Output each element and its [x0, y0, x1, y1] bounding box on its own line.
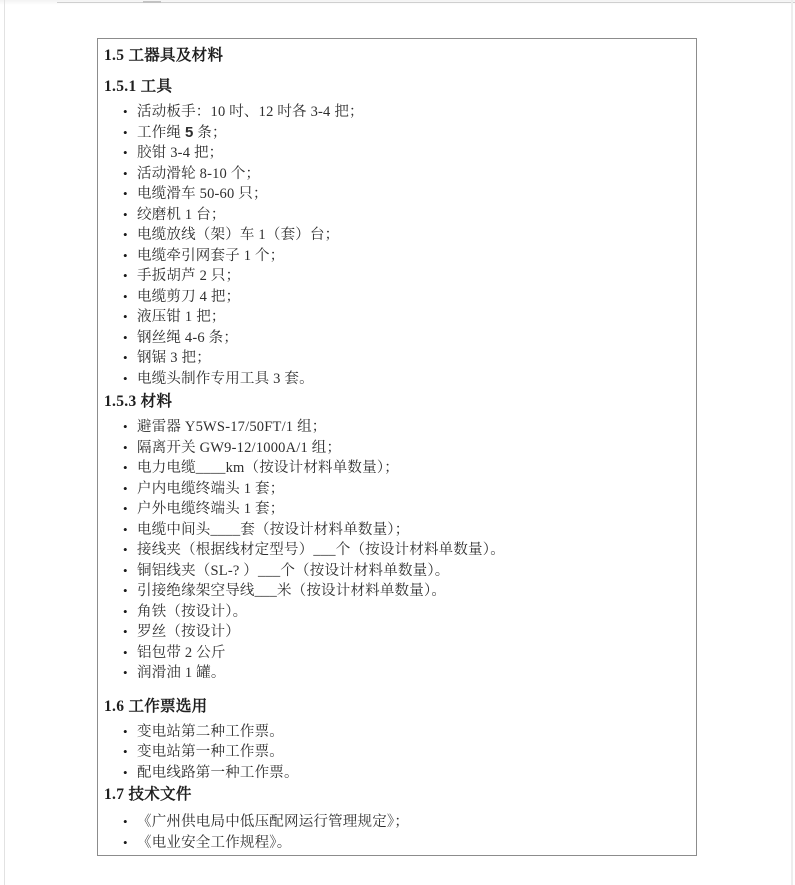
bullet-icon: • — [123, 164, 137, 185]
bullet-list-tools: •活动板手：10 吋、12 吋各 3-4 把；•工作绳 5 条；•胶钳 3-4 … — [104, 102, 686, 389]
bullet-icon: • — [123, 225, 137, 246]
list-item-text: 变电站第一种工作票。 — [137, 742, 686, 763]
list-item: •隔离开关 GW9-12/1000A/1 组； — [104, 438, 686, 459]
bullet-icon: • — [123, 742, 137, 763]
list-item: •胶钳 3-4 把； — [104, 143, 686, 164]
list-item-text: 电缆滑车 50-60 只； — [137, 184, 686, 205]
list-item-text: 绞磨机 1 台； — [137, 205, 686, 226]
list-item-text: 铜铝线夹（SL-? ）___个（按设计材料单数量）。 — [137, 561, 686, 582]
bullet-icon: • — [123, 438, 137, 459]
list-item-text-part: 工作绳 — [137, 125, 185, 141]
bullet-icon: • — [123, 763, 137, 784]
bullet-icon: • — [123, 123, 137, 144]
bullet-icon: • — [123, 499, 137, 520]
list-item: •电缆滑车 50-60 只； — [104, 184, 686, 205]
bullet-list-work-tickets: •变电站第二种工作票。•变电站第一种工作票。•配电线路第一种工作票。 — [104, 722, 686, 784]
bullet-icon: • — [123, 266, 137, 287]
section-heading-1-6: 1.6 工作票选用 — [104, 696, 686, 718]
list-item: •电缆剪刀 4 把； — [104, 287, 686, 308]
list-item-text: 电力电缆____km（按设计材料单数量）； — [137, 458, 686, 479]
list-item-text: 避雷器 Y5WS-17/50FT/1 组； — [137, 417, 686, 438]
list-item-text: 钢锯 3 把； — [137, 348, 686, 369]
list-item: •工作绳 5 条； — [104, 123, 686, 144]
list-item-text: 铝包带 2 公斤 — [137, 643, 686, 664]
list-item-text: 手扳胡芦 2 只； — [137, 266, 686, 287]
section-heading-1-5-1: 1.5.1 工具 — [104, 76, 686, 98]
bullet-icon: • — [123, 246, 137, 267]
list-item: •电缆中间头____套（按设计材料单数量）； — [104, 520, 686, 541]
list-item: •活动滑轮 8-10 个； — [104, 164, 686, 185]
list-item-text: 电缆头制作专用工具 3 套。 — [137, 369, 686, 390]
list-item-text: 角铁（按设计）。 — [137, 602, 686, 623]
bullet-icon: • — [123, 722, 137, 743]
list-item: •液压钳 1 把； — [104, 307, 686, 328]
list-item: •钢锯 3 把； — [104, 348, 686, 369]
list-item-text-part: 条； — [193, 125, 226, 141]
bullet-icon: • — [123, 479, 137, 500]
bullet-icon: • — [123, 184, 137, 205]
list-item: •电缆牵引网套子 1 个； — [104, 246, 686, 267]
list-item: •电缆放线（架）车 1（套）台； — [104, 225, 686, 246]
list-item-text: 工作绳 5 条； — [137, 123, 686, 144]
bullet-icon: • — [123, 663, 137, 684]
bullet-icon: • — [123, 102, 137, 123]
list-item: •接线夹（根据线材定型号）___个（按设计材料单数量）。 — [104, 540, 686, 561]
list-item: •电缆头制作专用工具 3 套。 — [104, 369, 686, 390]
bullet-icon: • — [123, 369, 137, 390]
list-item-text: 户外电缆终端头 1 套； — [137, 499, 686, 520]
bullet-icon: • — [123, 833, 137, 854]
bullet-list-technical-documents: •《广州供电局中低压配网运行管理规定》；•《电业安全工作规程》。 — [104, 812, 686, 853]
bullet-icon: • — [123, 602, 137, 623]
list-item: •铜铝线夹（SL-? ）___个（按设计材料单数量）。 — [104, 561, 686, 582]
list-item: •润滑油 1 罐。 — [104, 663, 686, 684]
list-item: •活动板手：10 吋、12 吋各 3-4 把； — [104, 102, 686, 123]
list-item-text: 活动滑轮 8-10 个； — [137, 164, 686, 185]
bullet-icon: • — [123, 287, 137, 308]
bullet-icon: • — [123, 812, 137, 833]
list-item: •手扳胡芦 2 只； — [104, 266, 686, 287]
list-item-text: 电缆放线（架）车 1（套）台； — [137, 225, 686, 246]
list-item: •钢丝绳 4-6 条； — [104, 328, 686, 349]
scan-left-edge-line — [4, 0, 5, 885]
list-item-text: 胶钳 3-4 把； — [137, 143, 686, 164]
bullet-icon: • — [123, 458, 137, 479]
list-item-text: 液压钳 1 把； — [137, 307, 686, 328]
bullet-icon: • — [123, 143, 137, 164]
list-item-text: 变电站第二种工作票。 — [137, 722, 686, 743]
list-item: •绞磨机 1 台； — [104, 205, 686, 226]
list-item: •罗丝（按设计） — [104, 622, 686, 643]
bullet-icon: • — [123, 561, 137, 582]
bullet-icon: • — [123, 205, 137, 226]
list-item: •电力电缆____km（按设计材料单数量）； — [104, 458, 686, 479]
list-item: •变电站第一种工作票。 — [104, 742, 686, 763]
section-heading-1-5: 1.5 工器具及材料 — [104, 45, 686, 67]
list-item: •配电线路第一种工作票。 — [104, 763, 686, 784]
list-item-text: 电缆剪刀 4 把； — [137, 287, 686, 308]
scan-top-edge-line — [57, 2, 795, 3]
list-item: •避雷器 Y5WS-17/50FT/1 组； — [104, 417, 686, 438]
bullet-icon: • — [123, 328, 137, 349]
bullet-icon: • — [123, 581, 137, 602]
list-item-text: 电缆牵引网套子 1 个； — [137, 246, 686, 267]
list-item-text: 罗丝（按设计） — [137, 622, 686, 643]
list-item-text: 隔离开关 GW9-12/1000A/1 组； — [137, 438, 686, 459]
bullet-icon: • — [123, 520, 137, 541]
scan-right-edge-line — [791, 0, 793, 885]
bullet-list-materials: •避雷器 Y5WS-17/50FT/1 组；•隔离开关 GW9-12/1000A… — [104, 417, 686, 684]
list-item: •铝包带 2 公斤 — [104, 643, 686, 664]
list-item-text: 钢丝绳 4-6 条； — [137, 328, 686, 349]
bullet-icon: • — [123, 307, 137, 328]
bullet-icon: • — [123, 348, 137, 369]
list-item-text: 引接绝缘架空导线___米（按设计材料单数量）。 — [137, 581, 686, 602]
list-item-text: 户内电缆终端头 1 套； — [137, 479, 686, 500]
list-item: •《电业安全工作规程》。 — [104, 833, 686, 854]
list-item-text: 《电业安全工作规程》。 — [137, 833, 686, 854]
list-item-text: 活动板手：10 吋、12 吋各 3-4 把； — [137, 102, 686, 123]
list-item-text: 配电线路第一种工作票。 — [137, 763, 686, 784]
list-item-text: 润滑油 1 罐。 — [137, 663, 686, 684]
list-item: •角铁（按设计）。 — [104, 602, 686, 623]
scan-top-notch — [143, 1, 161, 3]
bullet-icon: • — [123, 643, 137, 664]
list-item: •变电站第二种工作票。 — [104, 722, 686, 743]
bullet-icon: • — [123, 417, 137, 438]
list-item-text: 接线夹（根据线材定型号）___个（按设计材料单数量）。 — [137, 540, 686, 561]
list-item: •引接绝缘架空导线___米（按设计材料单数量）。 — [104, 581, 686, 602]
list-item: •户外电缆终端头 1 套； — [104, 499, 686, 520]
section-heading-1-5-3: 1.5.3 材料 — [104, 391, 686, 413]
list-item-text: 电缆中间头____套（按设计材料单数量）； — [137, 520, 686, 541]
section-heading-1-7: 1.7 技术文件 — [104, 784, 686, 806]
list-item: •《广州供电局中低压配网运行管理规定》； — [104, 812, 686, 833]
document-box: 1.5 工器具及材料1.5.1 工具•活动板手：10 吋、12 吋各 3-4 把… — [97, 38, 697, 856]
bullet-icon: • — [123, 622, 137, 643]
list-item: •户内电缆终端头 1 套； — [104, 479, 686, 500]
bullet-icon: • — [123, 540, 137, 561]
list-item-text: 《广州供电局中低压配网运行管理规定》； — [137, 812, 686, 833]
